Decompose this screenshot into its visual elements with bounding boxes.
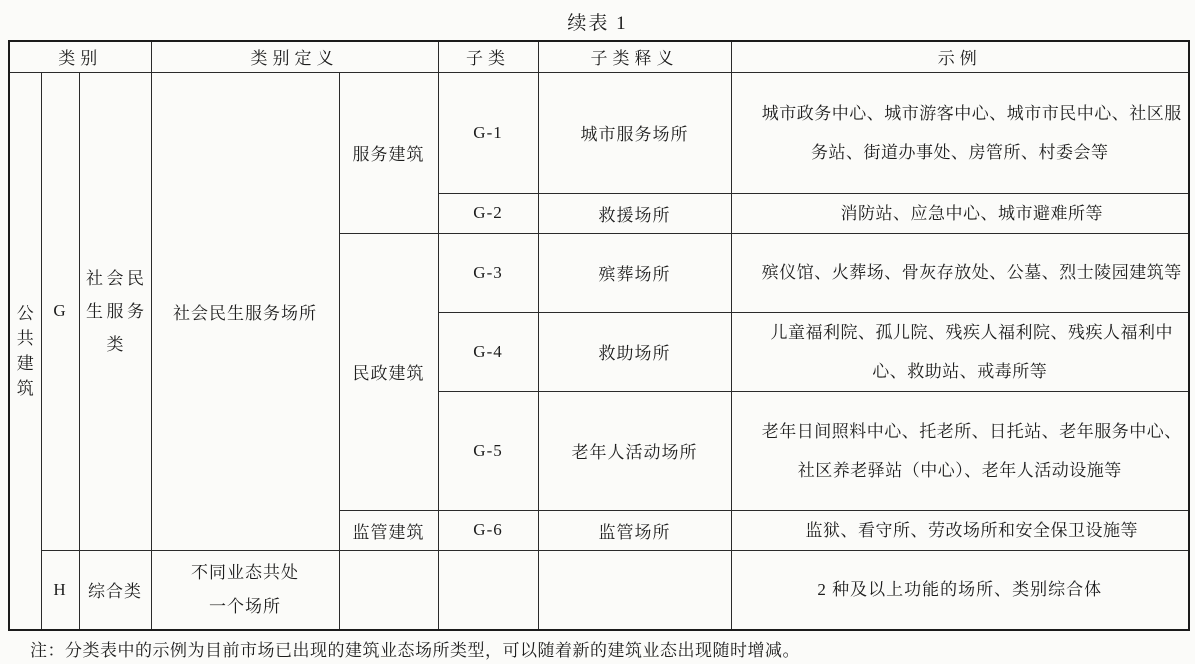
table-footnote: 注：分类表中的示例为目前市场已出现的建筑业态场所类型，可以随着新的建筑业态出现随…	[30, 636, 800, 661]
cell-example-h: 2 种及以上功能的场所、类别综合体	[731, 550, 1189, 630]
cell-building-type-service: 服务建筑	[339, 72, 438, 233]
cell-g-code: G	[41, 72, 79, 550]
header-example: 示例	[731, 41, 1189, 72]
h-definition-line2: 一个场所	[152, 590, 339, 624]
cell-code-g5: G-5	[438, 391, 538, 510]
cell-meaning-g1: 城市服务场所	[538, 72, 731, 193]
header-subclass: 子类	[438, 41, 538, 72]
cell-code-g2: G-2	[438, 193, 538, 233]
cell-meaning-g2: 救援场所	[538, 193, 731, 233]
cell-h-category-name: 综合类	[79, 550, 151, 630]
cell-code-g6: G-6	[438, 510, 538, 550]
category-group-label: 公共建筑	[16, 301, 34, 401]
cell-code-g3: G-3	[438, 233, 538, 312]
building-classification-table: 类别 类别定义 子类 子类释义 示例 公共建筑 G 社会民生服务类 社会民生服务…	[8, 40, 1190, 631]
header-subclass-meaning: 子类释义	[538, 41, 731, 72]
cell-h-meaning-empty	[538, 550, 731, 630]
cell-code-g4: G-4	[438, 312, 538, 391]
cell-example-g6: 监狱、看守所、劳改场所和安全保卫设施等	[731, 510, 1189, 550]
table-header-row: 类别 类别定义 子类 子类释义 示例	[9, 41, 1189, 72]
document-page: 续表 1 类别 类别定义 子类 子类释义 示例 公共建筑 G 社会民生服务类 社…	[0, 0, 1195, 664]
g-category-name-label: 社会民生服务类	[86, 262, 144, 361]
cell-g-category-name: 社会民生服务类	[79, 72, 151, 550]
cell-example-g1: 城市政务中心、城市游客中心、城市市民中心、社区服务站、街道办事处、房管所、村委会…	[731, 72, 1189, 193]
cell-example-g2: 消防站、应急中心、城市避难所等	[731, 193, 1189, 233]
cell-g-category-definition: 社会民生服务场所	[151, 72, 339, 550]
cell-meaning-g3: 殡葬场所	[538, 233, 731, 312]
header-category: 类别	[9, 41, 151, 72]
table-row-g1: 公共建筑 G 社会民生服务类 社会民生服务场所 服务建筑 G-1 城市服务场所 …	[9, 72, 1189, 193]
cell-h-code: H	[41, 550, 79, 630]
table-row-h: H 综合类 不同业态共处 一个场所 2 种及以上功能的场所、类别综合体	[9, 550, 1189, 630]
cell-h-category-definition: 不同业态共处 一个场所	[151, 550, 339, 630]
cell-example-g3: 殡仪馆、火葬场、骨灰存放处、公墓、烈士陵园建筑等	[731, 233, 1189, 312]
cell-h-subclass-empty	[438, 550, 538, 630]
table-continuation-title: 续表 1	[0, 8, 1195, 35]
header-category-definition: 类别定义	[151, 41, 438, 72]
cell-meaning-g5: 老年人活动场所	[538, 391, 731, 510]
cell-meaning-g6: 监管场所	[538, 510, 731, 550]
cell-building-type-civil: 民政建筑	[339, 233, 438, 510]
cell-code-g1: G-1	[438, 72, 538, 193]
cell-category-group-public-building: 公共建筑	[9, 72, 41, 630]
cell-building-type-supervision: 监管建筑	[339, 510, 438, 550]
h-definition-line1: 不同业态共处	[152, 556, 339, 590]
cell-example-g5: 老年日间照料中心、托老所、日托站、老年服务中心、社区养老驿站（中心）、老年人活动…	[731, 391, 1189, 510]
cell-example-g4: 儿童福利院、孤儿院、残疾人福利院、残疾人福利中心、救助站、戒毒所等	[731, 312, 1189, 391]
cell-meaning-g4: 救助场所	[538, 312, 731, 391]
cell-h-building-type-empty	[339, 550, 438, 630]
